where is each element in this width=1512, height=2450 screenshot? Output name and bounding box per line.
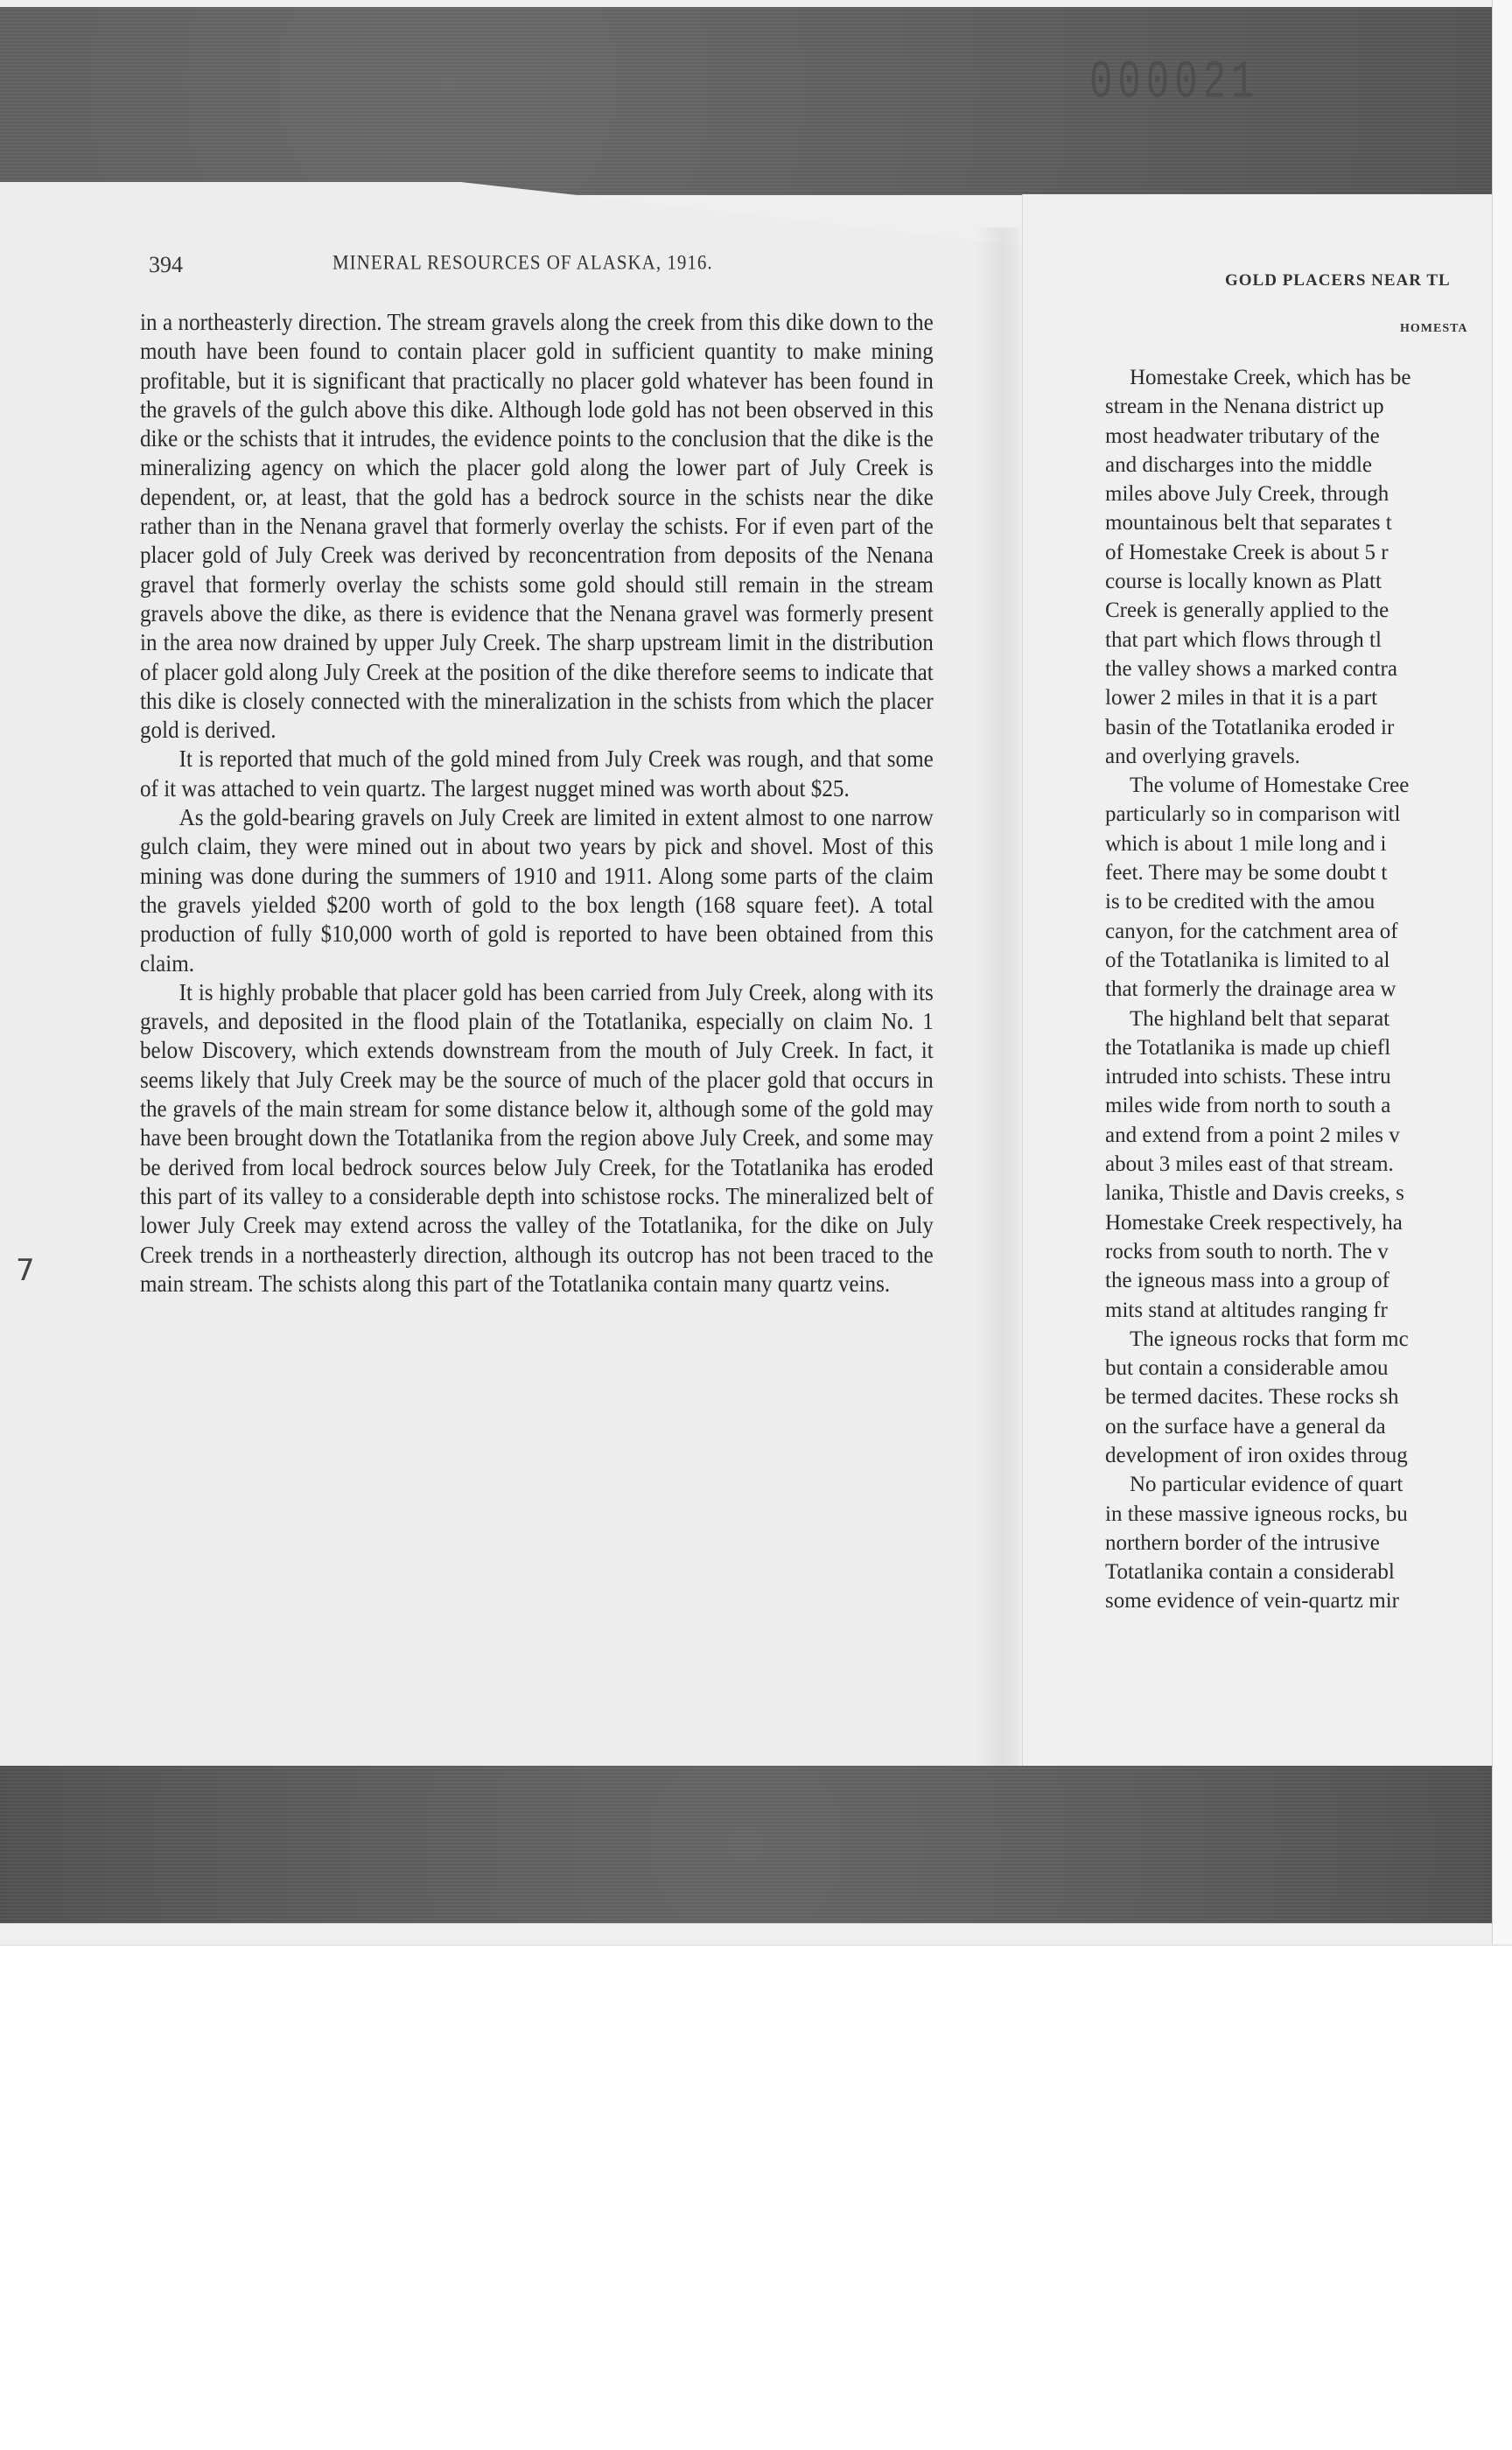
scan-background-top	[0, 7, 1492, 195]
text-line: The volume of Homestake Cree	[1105, 771, 1490, 800]
running-head-right: Gold Placers Near Tl	[1225, 271, 1451, 290]
paragraph: As the gold-bearing gravels on July Cree…	[140, 803, 934, 978]
text-line: stream in the Nenana district up	[1105, 392, 1490, 421]
scan-bottom-edge	[0, 1944, 1512, 1946]
text-line: lower 2 miles in that it is a part	[1105, 683, 1490, 712]
text-line: and overlying gravels.	[1105, 742, 1490, 771]
text-line: The highland belt that separat	[1105, 1004, 1490, 1033]
running-head-left: Mineral Resources of Alaska, 1916.	[332, 251, 713, 276]
text-line: in these massive igneous rocks, bu	[1105, 1500, 1490, 1529]
right-page-body: Homestake Creek, which has bestream in t…	[1105, 363, 1490, 1641]
paragraph: It is reported that much of the gold min…	[140, 745, 934, 803]
text-line: Totatlanika contain a considerabl	[1105, 1557, 1490, 1586]
text-line: The igneous rocks that form mc	[1105, 1325, 1490, 1354]
text-line: miles above July Creek, through	[1105, 479, 1490, 508]
text-line: the Totatlanika is made up chiefl	[1105, 1033, 1490, 1062]
text-line: the igneous mass into a group of	[1105, 1266, 1490, 1295]
text-line: rocks from south to north. The v	[1105, 1237, 1490, 1266]
text-line: on the surface have a general da	[1105, 1412, 1490, 1441]
text-line: course is locally known as Platt	[1105, 567, 1490, 596]
text-line: miles wide from north to south a	[1105, 1091, 1490, 1120]
text-line: mits stand at altitudes ranging fr	[1105, 1296, 1490, 1325]
text-line: development of iron oxides throug	[1105, 1441, 1490, 1470]
text-line: northern border of the intrusive	[1105, 1529, 1490, 1557]
text-line: lanika, Thistle and Davis creeks, s	[1105, 1179, 1490, 1207]
archive-stamp-number: 000021	[1089, 52, 1259, 114]
text-line: feet. There may be some doubt t	[1105, 858, 1490, 887]
text-line: and discharges into the middle	[1105, 451, 1490, 479]
page-gutter	[976, 227, 1019, 1767]
section-heading-right: Homesta	[1400, 322, 1468, 336]
text-line: some evidence of vein-quartz mir	[1105, 1586, 1490, 1615]
text-line: mountainous belt that separates t	[1105, 508, 1490, 537]
text-line: Creek is generally applied to the	[1105, 596, 1490, 625]
text-line: that formerly the drainage area w	[1105, 975, 1490, 1004]
scan-edge	[1492, 0, 1512, 1944]
text-line: canyon, for the catchment area of	[1105, 917, 1490, 946]
page-number: 394	[149, 252, 183, 278]
text-line: intruded into schists. These intru	[1105, 1062, 1490, 1091]
text-line: which is about 1 mile long and i	[1105, 829, 1490, 858]
text-line: is to be credited with the amou	[1105, 887, 1490, 916]
text-line: about 3 miles east of that stream.	[1105, 1150, 1490, 1179]
margin-pencil-mark: 7	[16, 1253, 35, 1288]
text-line: and extend from a point 2 miles v	[1105, 1121, 1490, 1150]
text-line: Homestake Creek respectively, ha	[1105, 1208, 1490, 1237]
paragraph: in a northeasterly direction. The stream…	[140, 308, 934, 745]
paragraph: It is highly probable that placer gold h…	[140, 978, 934, 1298]
text-line: the valley shows a marked contra	[1105, 654, 1490, 683]
scan-background-bottom	[0, 1766, 1492, 1923]
text-line: Homestake Creek, which has be	[1105, 363, 1490, 392]
left-page-body: in a northeasterly direction. The stream…	[140, 308, 934, 1298]
text-line: of the Totatlanika is limited to al	[1105, 946, 1490, 975]
text-line: be termed dacites. These rocks sh	[1105, 1382, 1490, 1411]
text-line: basin of the Totatlanika eroded ir	[1105, 713, 1490, 742]
text-line: No particular evidence of quart	[1105, 1470, 1490, 1499]
text-line: but contain a considerable amou	[1105, 1354, 1490, 1382]
text-line: of Homestake Creek is about 5 r	[1105, 538, 1490, 567]
text-line: most headwater tributary of the	[1105, 422, 1490, 451]
text-line: that part which flows through tl	[1105, 626, 1490, 654]
text-line: particularly so in comparison witl	[1105, 800, 1490, 829]
